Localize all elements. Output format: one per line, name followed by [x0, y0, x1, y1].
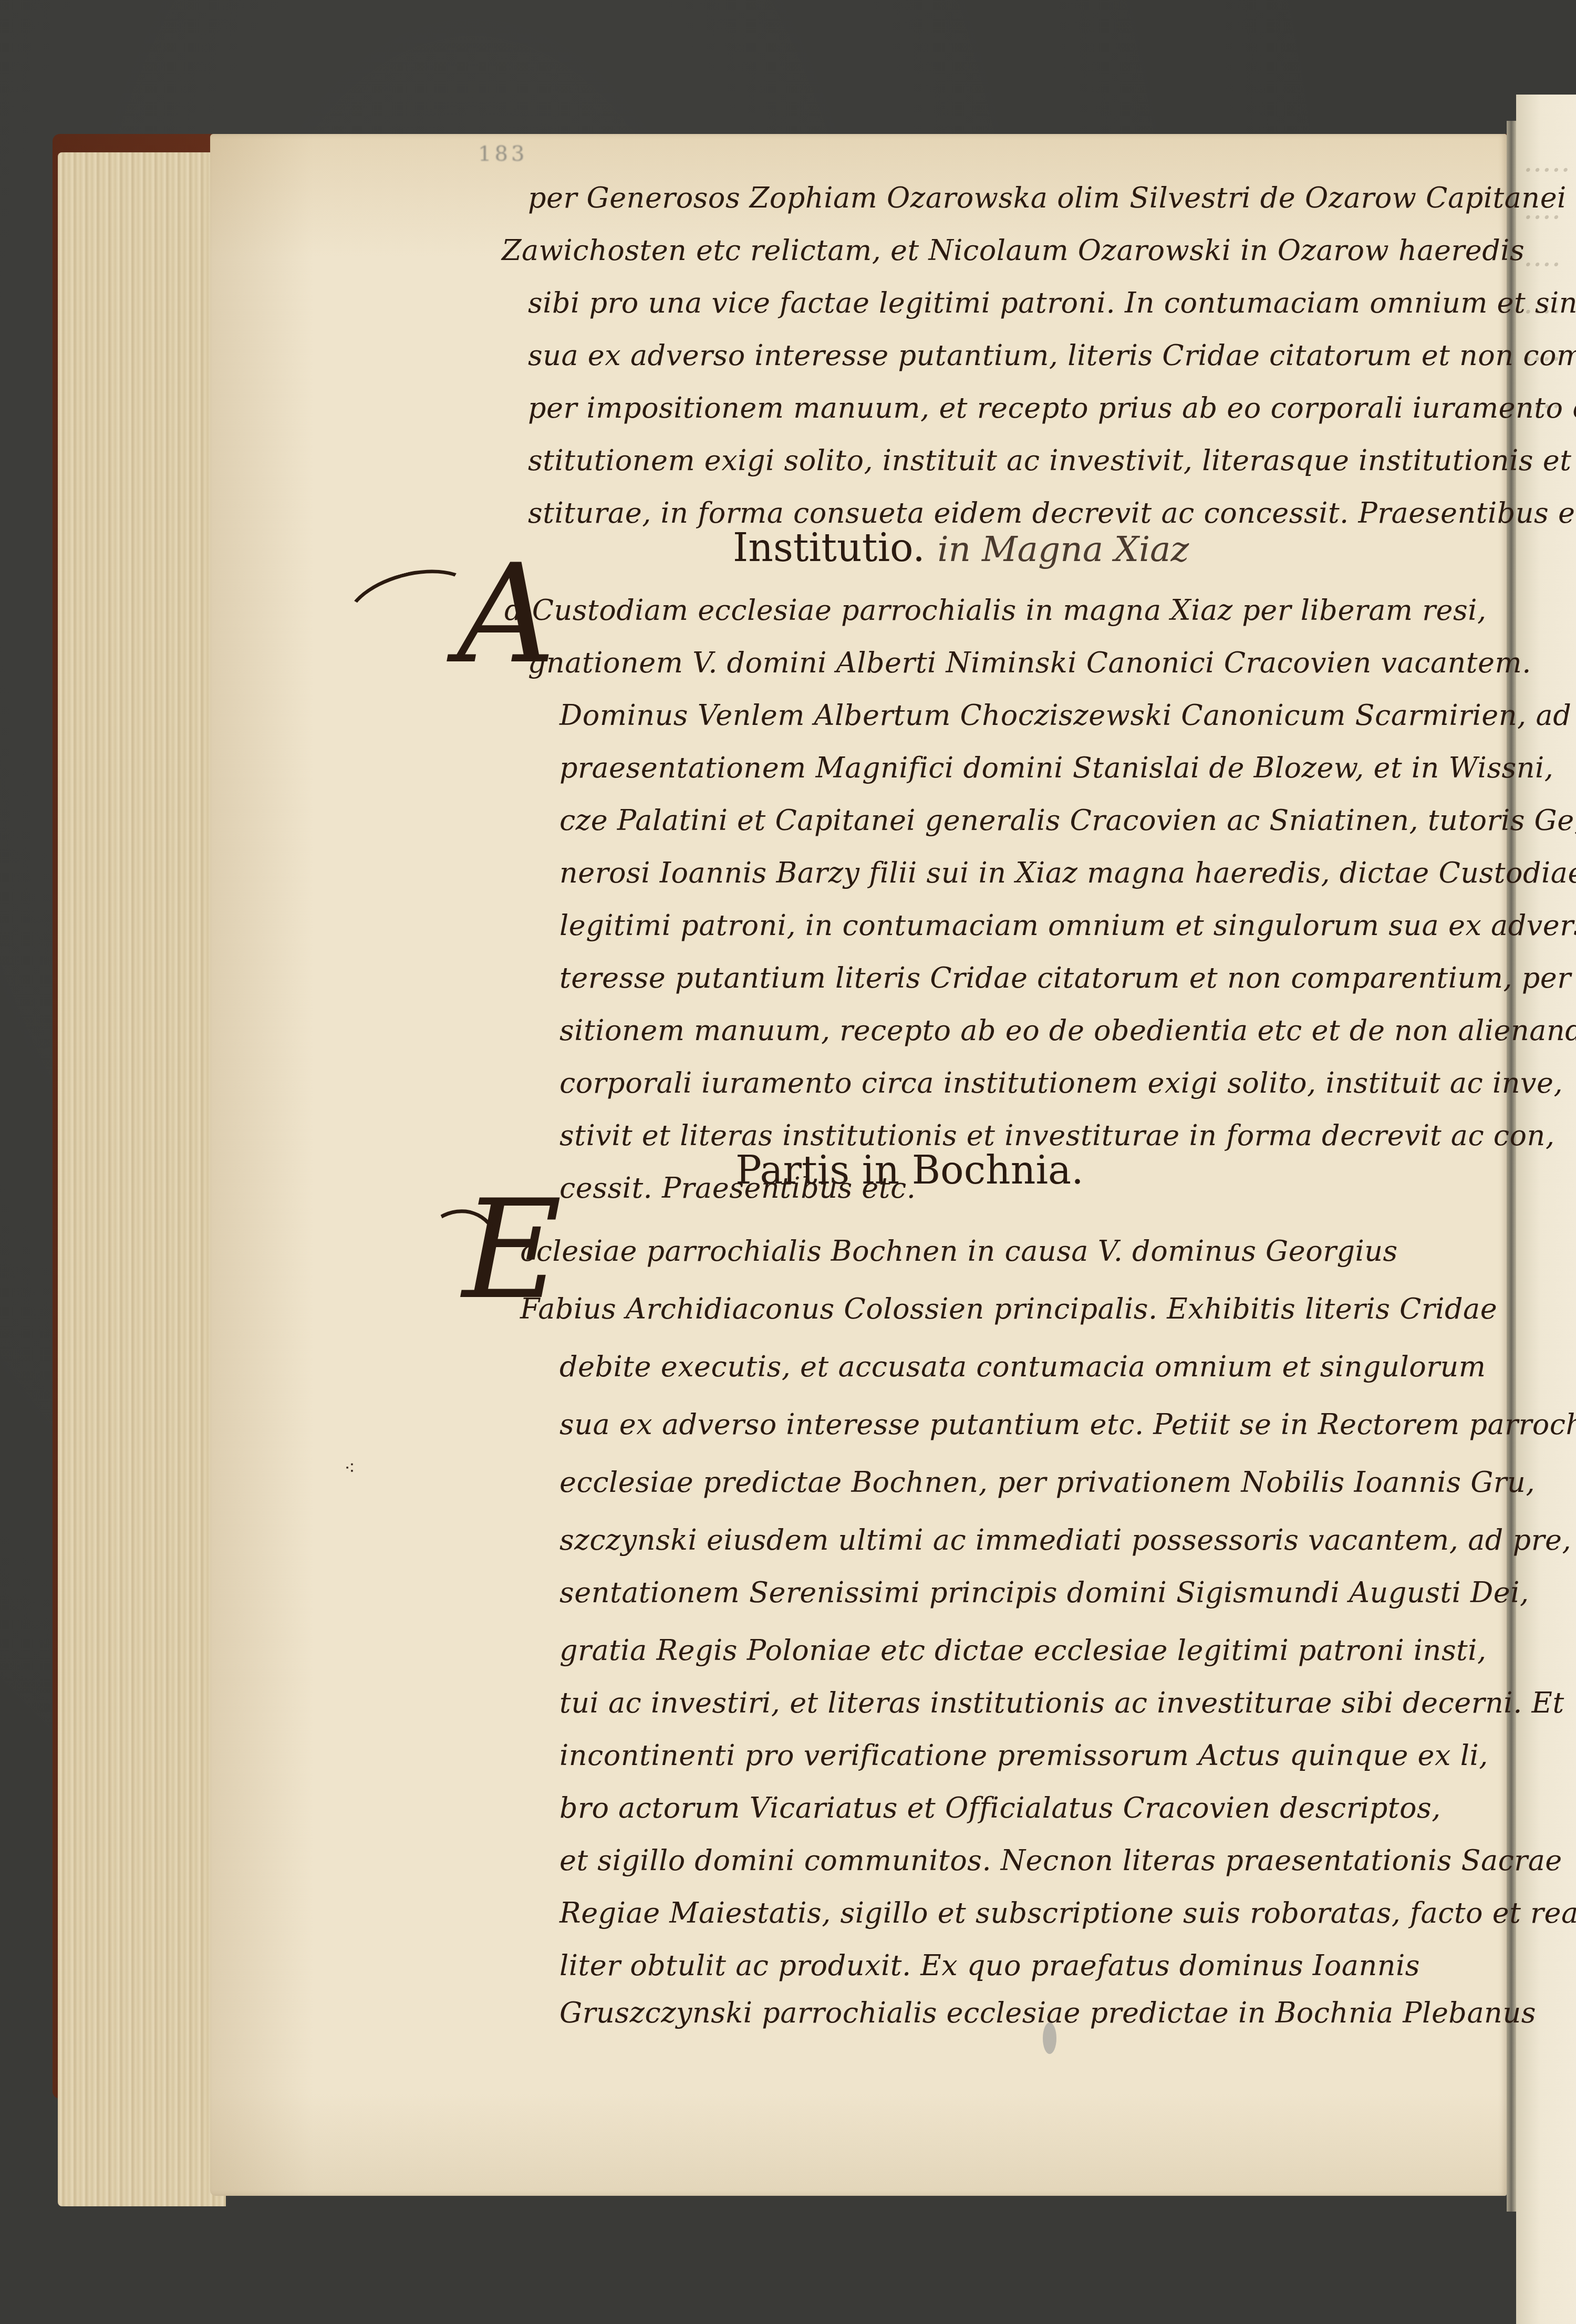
text-line: sitionem manuum, recepto ab eo de obedie…: [559, 1014, 1576, 1047]
text-block: per Generosos Zophiam Ozarowska olim Sil…: [0, 0, 1576, 2324]
text-line: szczynski eiusdem ultimi ac immediati po…: [559, 1523, 1571, 1557]
heading-annotation: in Magna Xiaz: [937, 529, 1189, 569]
text-line: d Custodiam ecclesiae parrochialis in ma…: [504, 594, 1487, 627]
text-line: stiturae, in forma consueta eidem decrev…: [528, 496, 1576, 530]
paper-stain: [1043, 2022, 1056, 2054]
text-line: nerosi Ioannis Barzy filii sui in Xiaz m…: [559, 856, 1576, 889]
text-line: corporali iuramento circa institutionem …: [559, 1066, 1563, 1099]
text-line: gnationem V. domini Alberti Niminski Can…: [528, 646, 1531, 679]
text-line: cclesiae parrochialis Bochnen in causa V…: [520, 1234, 1398, 1268]
heading-text: Institutio.: [733, 525, 925, 570]
section-heading-partis: Partis in Bochnia.: [735, 1148, 1084, 1193]
text-line: per Generosos Zophiam Ozarowska olim Sil…: [528, 181, 1567, 214]
text-line: Fabius Archidiaconus Colossien principal…: [520, 1292, 1497, 1325]
text-line: legitimi patroni, in contumaciam omnium …: [559, 909, 1576, 942]
text-line: teresse putantium literis Cridae citator…: [559, 961, 1576, 994]
text-line: sibi pro una vice factae legitimi patron…: [528, 286, 1576, 319]
text-line: tui ac investiri, et literas institution…: [559, 1686, 1564, 1719]
ink-blot: ⁖: [344, 1458, 355, 1479]
text-line: sua ex adverso interesse putantium, lite…: [528, 339, 1576, 372]
text-line: Dominus Venlem Albertum Chocziszewski Ca…: [559, 699, 1571, 732]
text-line: stivit et literas institutionis et inves…: [559, 1119, 1555, 1152]
text-line: praesentationem Magnifici domini Stanisl…: [559, 751, 1554, 784]
text-line: Regiae Maiestatis, sigillo et subscripti…: [559, 1896, 1576, 1929]
text-line: incontinenti pro verificatione premissor…: [559, 1739, 1488, 1772]
section-heading-institutio: Institutio. in Magna Xiaz: [733, 525, 1189, 570]
text-line: per impositionem manuum, et recepto priu…: [528, 391, 1576, 424]
text-line: gratia Regis Poloniae etc dictae ecclesi…: [559, 1634, 1487, 1667]
text-line: sua ex adverso interesse putantium etc. …: [559, 1408, 1576, 1441]
text-line: et sigillo domini communitos. Necnon lit…: [559, 1844, 1562, 1877]
text-line: stitutionem exigi solito, instituit ac i…: [528, 444, 1576, 477]
text-line: sentationem Serenissimi principis domini…: [559, 1576, 1529, 1609]
text-line: bro actorum Vicariatus et Officialatus C…: [559, 1791, 1441, 1824]
text-line: ecclesiae predictae Bochnen, per privati…: [559, 1466, 1535, 1499]
text-line: debite executis, et accusata contumacia …: [559, 1350, 1486, 1383]
text-line: cze Palatini et Capitanei generalis Crac…: [559, 804, 1576, 837]
text-line: liter obtulit ac produxit. Ex quo praefa…: [559, 1949, 1420, 1982]
text-line: Zawichosten etc relictam, et Nicolaum Oz…: [502, 234, 1525, 267]
